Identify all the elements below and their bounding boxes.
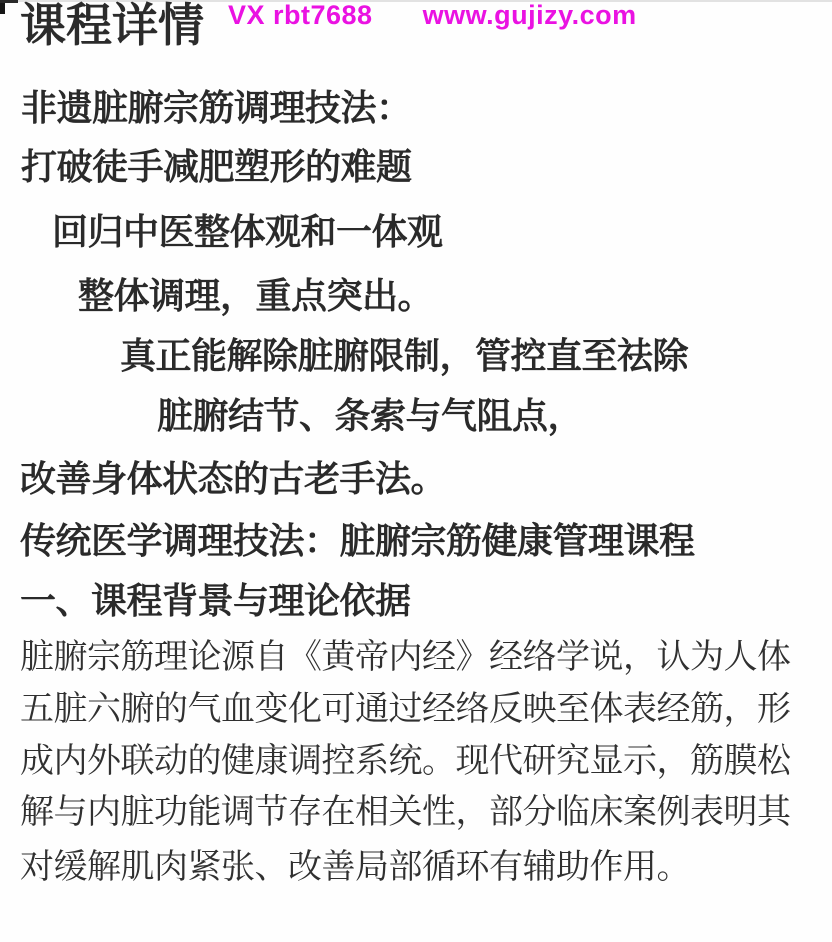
paragraph-line-2: 五脏六腑的气血变化可通过经络反映至体表经筋，形	[20, 689, 791, 730]
paragraph-line-1: 脏腑宗筋理论源自《黄帝内经》经络学说，认为人体	[20, 637, 791, 678]
watermark-vx-contact: VX rbt7688	[228, 0, 373, 30]
headline-line-6: 脏腑结节、条索与气阻点，	[157, 394, 583, 437]
paragraph-line-5: 对缓解肌肉紧张、改善局部循环有辅助作用。	[20, 847, 690, 888]
section-title-course-name: 传统医学调理技法：脏腑宗筋健康管理课程	[20, 519, 695, 562]
headline-line-4: 整体调理，重点突出。	[78, 274, 433, 317]
headline-line-3: 回归中医整体观和一体观	[52, 210, 443, 253]
paragraph-line-4: 解与内脏功能调节存在相关性，部分临床案例表明其	[20, 792, 791, 833]
paragraph-line-3: 成内外联动的健康调控系统。现代研究显示，筋膜松	[20, 741, 791, 782]
section-heading-background: 一、课程背景与理论依据	[20, 579, 411, 622]
course-detail-page: 课程详情 VX rbt7688 www.gujizy.com 非遗脏腑宗筋调理技…	[0, 0, 832, 942]
corner-mark-top	[0, 0, 18, 3]
watermark-site-url: www.gujizy.com	[423, 0, 637, 30]
headline-line-1: 非遗脏腑宗筋调理技法：	[21, 86, 412, 129]
headline-line-5: 真正能解除脏腑限制，管控直至祛除	[120, 334, 688, 377]
headline-line-2: 打破徒手减肥塑形的难题	[21, 145, 412, 188]
headline-line-7: 改善身体状态的古老手法。	[20, 457, 446, 500]
page-title: 课程详情	[20, 0, 204, 51]
watermark: VX rbt7688 www.gujizy.com	[228, 2, 637, 29]
